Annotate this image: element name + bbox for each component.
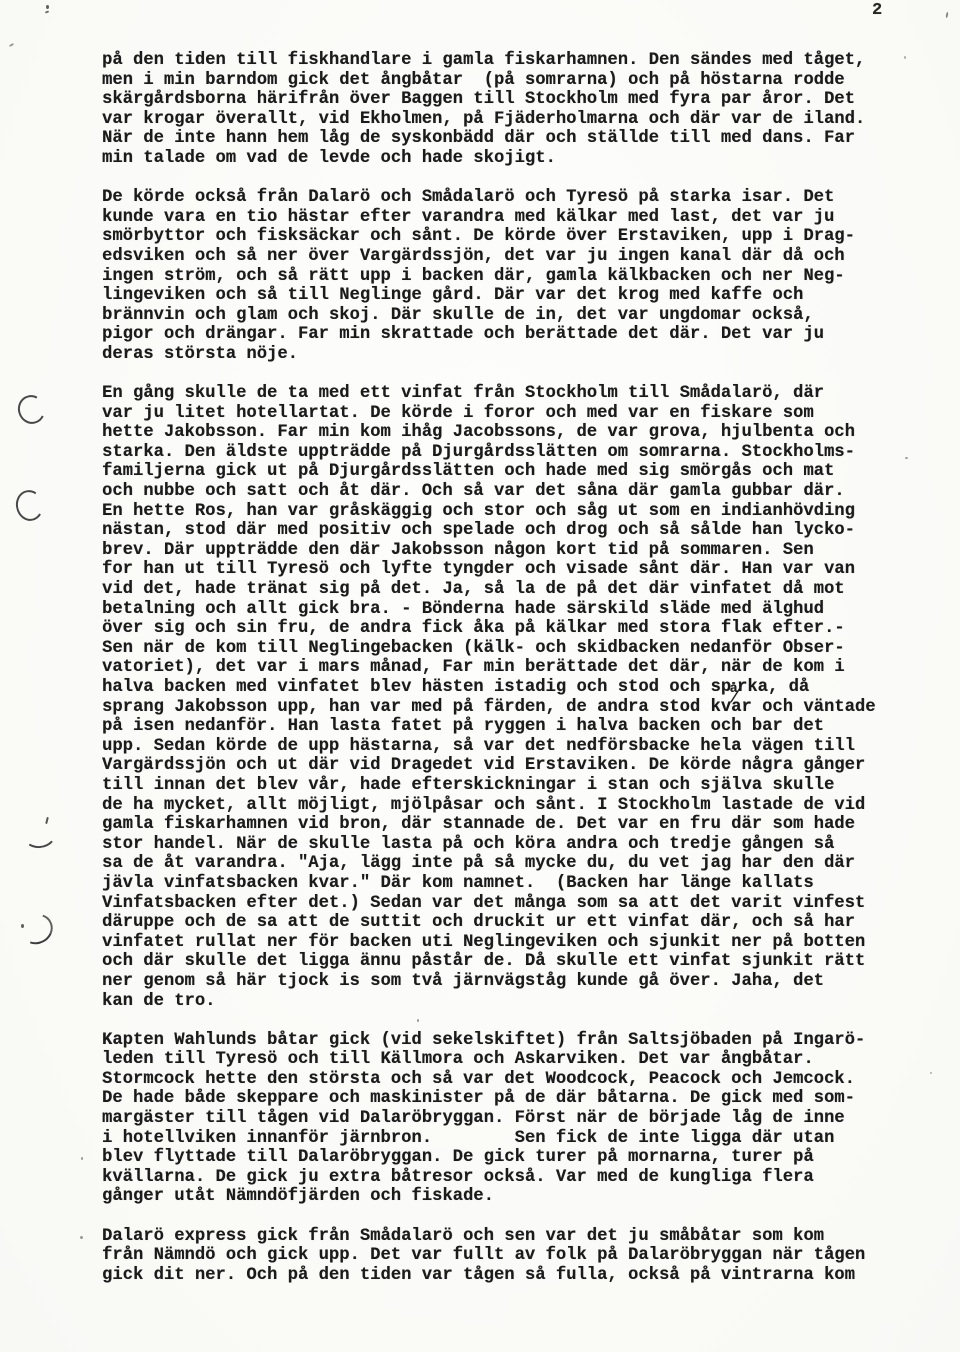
- text-line: margäster till tågen vid Dalaröbryggan. …: [102, 1109, 932, 1129]
- text-line: De hade både skeppare och maskinister på…: [102, 1089, 932, 1109]
- text-line: leden till Tyresö och till Källmora och …: [102, 1050, 932, 1070]
- text-line: betalning och allt gick bra. - Bönderna …: [102, 600, 932, 620]
- margin-arc-mark: [13, 488, 46, 524]
- text-line: stor handel. När de skulle lasta på och …: [102, 835, 932, 855]
- text-line: och nubbe och satt och åt där. Och så va…: [102, 482, 932, 502]
- text-line: var krogar överallt, vid Ekholmen, på Fj…: [102, 110, 932, 130]
- margin-arc-mark: [14, 392, 49, 428]
- scan-speck: [9, 43, 14, 47]
- scan-speck: [80, 1236, 83, 1239]
- text-line: for han ut till Tyresö och lyfte tyngder…: [102, 560, 932, 580]
- text-line: och där skulle det ligga ännu påstår de.…: [102, 952, 932, 972]
- text-line: skärgårdsborna härifrån över Baggen till…: [102, 90, 932, 110]
- page-number: 2: [872, 1, 882, 20]
- text-line: upp. Sedan körde de upp hästarna, så var…: [102, 737, 932, 757]
- text-line: lingeviken och så till Neglinge gård. Dä…: [102, 286, 932, 306]
- text-line: men i min barndom gick det ångbåtar (på …: [102, 71, 932, 91]
- text-line: Kapten Wahlunds båtar gick (vid sekelski…: [102, 1031, 932, 1051]
- text-line: familjerna gick ut på Djurgårdsslätten o…: [102, 462, 932, 482]
- text-line: Stormcock hette den största och så var d…: [102, 1070, 932, 1090]
- paragraph: Dalarö express gick från Smådalarö och s…: [102, 1227, 932, 1286]
- text-line: pigor och drängar. Far min skrattade och…: [102, 325, 932, 345]
- margin-arc-mark: [15, 909, 57, 950]
- text-column: på den tiden till fiskhandlare i gamla f…: [102, 51, 932, 1305]
- text-line: brännvin och glam och skoj. Där skulle d…: [102, 306, 932, 326]
- text-line: En gång skulle de ta med ett vinfat från…: [102, 384, 932, 404]
- document-page: 2 på den tiden till fiskhandlare i gamla…: [0, 0, 960, 1352]
- text-line: Dalarö express gick från Smådalarö och s…: [102, 1227, 932, 1247]
- text-line: ingen ström, och så rätt upp i backen dä…: [102, 267, 932, 287]
- text-line: ner genom så här tjock is som två järnvä…: [102, 972, 932, 992]
- text-line: En hette Ros, han var gråskäggig och sto…: [102, 502, 932, 522]
- scan-speck: [45, 10, 49, 13]
- paragraph: En gång skulle de ta med ett vinfat från…: [102, 384, 932, 1011]
- text-line: halva backen med vinfatet blev hästen is…: [102, 678, 932, 698]
- text-line: gick dit ner. Och på den tiden var tågen…: [102, 1266, 932, 1286]
- text-line: deras största nöje.: [102, 345, 932, 365]
- scan-speck: [81, 1157, 83, 1160]
- paragraph: De körde också från Dalarö och Smådalarö…: [102, 188, 932, 364]
- text-line: från Nämndö och gick upp. Det var fullt …: [102, 1246, 932, 1266]
- text-line: var ju litet hotellartat. De körde i for…: [102, 404, 932, 424]
- scan-speck: [46, 5, 49, 9]
- text-line: kan de tro.: [102, 992, 932, 1012]
- text-line: Vargärdssjön och ut där vid Dragedet vid…: [102, 756, 932, 776]
- text-line: vinfatet rullat ner för backen uti Negli…: [102, 933, 932, 953]
- text-line: När de inte hann hem låg de syskonbädd d…: [102, 129, 932, 149]
- scan-speck: [417, 1019, 419, 1022]
- text-line: gånger utåt Nämndöfjärden och fiskade.: [102, 1187, 932, 1207]
- text-line: de ha mycket, allt möjligt, mjölpåsar oc…: [102, 796, 932, 816]
- text-line: sa de åt varandra. "Aja, lägg inte på så…: [102, 854, 932, 874]
- scan-speck: [905, 457, 908, 459]
- paragraph: på den tiden till fiskhandlare i gamla f…: [102, 51, 932, 169]
- text-line: smörbyttor och fisksäckar och sånt. De k…: [102, 227, 932, 247]
- paragraph: Kapten Wahlunds båtar gick (vid sekelski…: [102, 1031, 932, 1207]
- text-line: gamla fiskarhamnen vid bron, där stannad…: [102, 815, 932, 835]
- text-line: brev. Där uppträdde den där Jakobsson nå…: [102, 541, 932, 561]
- text-line: till innan det blev vår, hade efterskick…: [102, 776, 932, 796]
- text-line: sprang Jakobsson upp, han var med på fär…: [102, 698, 932, 718]
- text-line: min talade om vad de levde och hade skoj…: [102, 149, 932, 169]
- text-line: på den tiden till fiskhandlare i gamla f…: [102, 51, 932, 71]
- text-line: vid det, hade tränat sig på det. Ja, så …: [102, 580, 932, 600]
- text-line: jävla vinfatsbacken kvar." Där kom namne…: [102, 874, 932, 894]
- text-line: vatoriet), det var i mars månad, Far min…: [102, 658, 932, 678]
- text-line: kvällarna. De gick ju extra båtresor ock…: [102, 1168, 932, 1188]
- text-line: på isen nedanför. Han lasta fatet på ryg…: [102, 717, 932, 737]
- text-line: edsviken och så ner över Vargärdssjön, d…: [102, 247, 932, 267]
- text-line: i hotellviken innanför järnbron. Sen fic…: [102, 1129, 932, 1149]
- text-line: De körde också från Dalarö och Smådalarö…: [102, 188, 932, 208]
- text-line: nästan, stod där med positiv och spelade…: [102, 521, 932, 541]
- text-line: starka. Den äldste uppträdde på Djurgård…: [102, 443, 932, 463]
- margin-arc-mark: [21, 819, 57, 850]
- text-line: Vinfatsbacken efter det.) Sedan var det …: [102, 894, 932, 914]
- scan-speck: [930, 1072, 932, 1074]
- text-line: över sig och sin fru, de andra fick åka …: [102, 619, 932, 639]
- text-line: blev flyttade till Dalaröbryggan. De gic…: [102, 1148, 932, 1168]
- scan-speck: [945, 12, 948, 18]
- text-line: däruppe och de sa att de suttit och druc…: [102, 913, 932, 933]
- scan-speck: [904, 56, 906, 59]
- margin-arc-dot: [21, 924, 24, 928]
- text-line: hette Jakobsson. Far min kom ihåg Jacobs…: [102, 423, 932, 443]
- text-line: kunde vara en tio hästar efter varandra …: [102, 208, 932, 228]
- text-line: Sen när de kom till Neglingebacken (kälk…: [102, 639, 932, 659]
